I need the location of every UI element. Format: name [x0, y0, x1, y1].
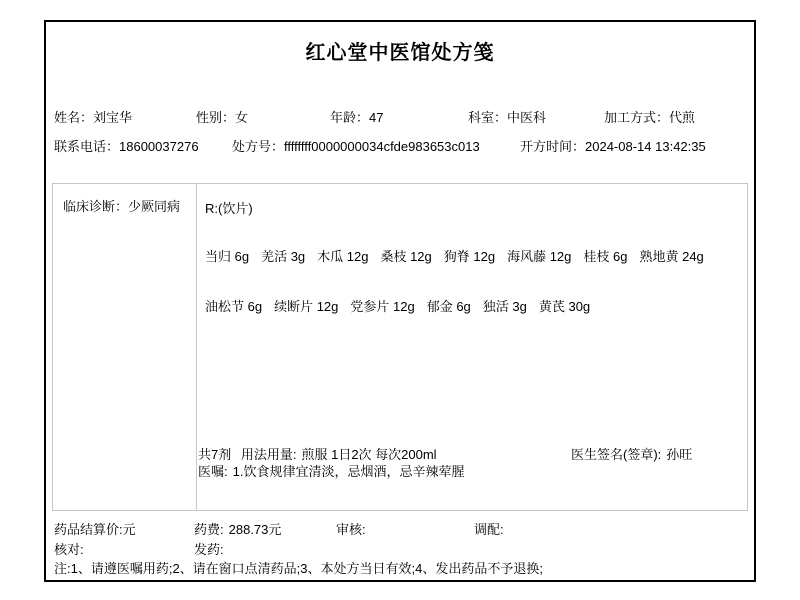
- diagnosis-divider: [196, 184, 197, 510]
- patient-gender-value: 女: [235, 110, 248, 125]
- settlement-price-field: 药品结算价:元: [54, 519, 136, 538]
- usage-label: 用法用量:: [241, 447, 297, 462]
- patient-gender-label: 性别：: [196, 110, 235, 125]
- issue-field: 发药:: [194, 539, 224, 558]
- diagnosis-label: 临床诊断：: [63, 199, 128, 214]
- advice-label: 医嘱:: [198, 464, 228, 479]
- dispense-field: 调配:: [474, 519, 504, 538]
- doctor-signature-value: 孙旺: [666, 447, 692, 462]
- patient-age-field: 年龄：47: [330, 107, 383, 126]
- doctor-signature-label: 医生签名(签章):: [571, 447, 661, 462]
- medicine-item: 郁金 6g: [427, 299, 471, 314]
- medicine-item: 当归 6g: [205, 249, 249, 264]
- medicine-fee-field: 药费:288.73元: [194, 519, 281, 538]
- medicine-item: 熟地黄 24g: [639, 249, 703, 264]
- issue-label: 发药:: [194, 542, 224, 557]
- patient-department-value: 中医科: [507, 110, 546, 125]
- check-label: 核对:: [54, 542, 84, 557]
- medicine-item: 黄芪 30g: [539, 299, 590, 314]
- total-doses: 共7剂: [198, 447, 231, 462]
- medicine-item: 油松节 6g: [205, 299, 262, 314]
- medicine-item: 独活 3g: [483, 299, 527, 314]
- medicine-item: 羌活 3g: [261, 249, 305, 264]
- medicine-line: 当归 6g羌活 3g木瓜 12g桑枝 12g狗脊 12g海风藤 12g桂枝 6g…: [205, 246, 716, 265]
- medicine-item: 狗脊 12g: [444, 249, 495, 264]
- issue-time-field: 开方时间：2024-08-14 13:42:35: [520, 136, 706, 155]
- medicine-line: 油松节 6g续断片 12g党参片 12g郁金 6g独活 3g黄芪 30g: [205, 296, 602, 315]
- medicine-item: 桂枝 6g: [583, 249, 627, 264]
- settlement-price-label: 药品结算价:: [54, 522, 123, 537]
- prescription-page: 红心堂中医馆处方笺 姓名：刘宝华 性别：女 年龄：47 科室：中医科 加工方式：…: [0, 0, 800, 600]
- prescription-box: 临床诊断：少厥同病 R:(饮片) 当归 6g羌活 3g木瓜 12g桑枝 12g狗…: [52, 183, 748, 511]
- advice-value: 1.饮食规律宜清淡，忌烟酒，忌辛辣荤腥: [233, 464, 465, 479]
- review-label: 审核:: [336, 522, 366, 537]
- rx-number-value: ffffffff0000000034cfde983653c013: [284, 139, 480, 154]
- rx-number-label: 处方号：: [232, 139, 284, 154]
- medicine-item: 木瓜 12g: [317, 249, 368, 264]
- patient-name-label: 姓名：: [54, 110, 93, 125]
- processing-method-label: 加工方式：: [604, 110, 669, 125]
- page-title: 红心堂中医馆处方笺: [0, 36, 800, 65]
- processing-method-field: 加工方式：代煎: [604, 107, 695, 126]
- note-line: 注:1、请遵医嘱用药;2、请在窗口点清药品;3、本处方当日有效;4、发出药品不予…: [54, 558, 543, 577]
- settlement-price-value: 元: [123, 522, 136, 537]
- medicine-item: 海风藤 12g: [507, 249, 571, 264]
- phone-label: 联系电话：: [54, 139, 119, 154]
- rx-header: R:(饮片): [205, 198, 253, 217]
- medicine-item: 党参片 12g: [350, 299, 414, 314]
- issue-time-value: 2024-08-14 13:42:35: [585, 139, 706, 154]
- patient-age-label: 年龄：: [330, 110, 369, 125]
- patient-department-label: 科室：: [468, 110, 507, 125]
- issue-time-label: 开方时间：: [520, 139, 585, 154]
- diagnosis-value: 少厥同病: [128, 199, 180, 214]
- patient-department-field: 科室：中医科: [468, 107, 546, 126]
- patient-gender-field: 性别：女: [196, 107, 248, 126]
- processing-method-value: 代煎: [669, 110, 695, 125]
- medicine-fee-label: 药费:: [194, 522, 224, 537]
- medicine-item: 续断片 12g: [274, 299, 338, 314]
- diagnosis-field: 临床诊断：少厥同病: [63, 196, 188, 215]
- doctor-advice: 医嘱:1.饮食规律宜清淡，忌烟酒，忌辛辣荤腥: [198, 461, 464, 480]
- dispense-label: 调配:: [474, 522, 504, 537]
- phone-value: 18600037276: [119, 139, 199, 154]
- review-field: 审核:: [336, 519, 366, 538]
- patient-age-value: 47: [369, 110, 383, 125]
- doctor-signature: 医生签名(签章):孙旺: [571, 444, 692, 463]
- phone-field: 联系电话：18600037276: [54, 136, 199, 155]
- usage-value: 煎服 1日2次 每次200ml: [301, 447, 436, 462]
- medicine-fee-value: 288.73元: [229, 522, 282, 537]
- rx-number-field: 处方号：ffffffff0000000034cfde983653c013: [232, 136, 480, 155]
- medicine-item: 桑枝 12g: [380, 249, 431, 264]
- check-field: 核对:: [54, 539, 84, 558]
- patient-name-value: 刘宝华: [93, 110, 132, 125]
- patient-name-field: 姓名：刘宝华: [54, 107, 132, 126]
